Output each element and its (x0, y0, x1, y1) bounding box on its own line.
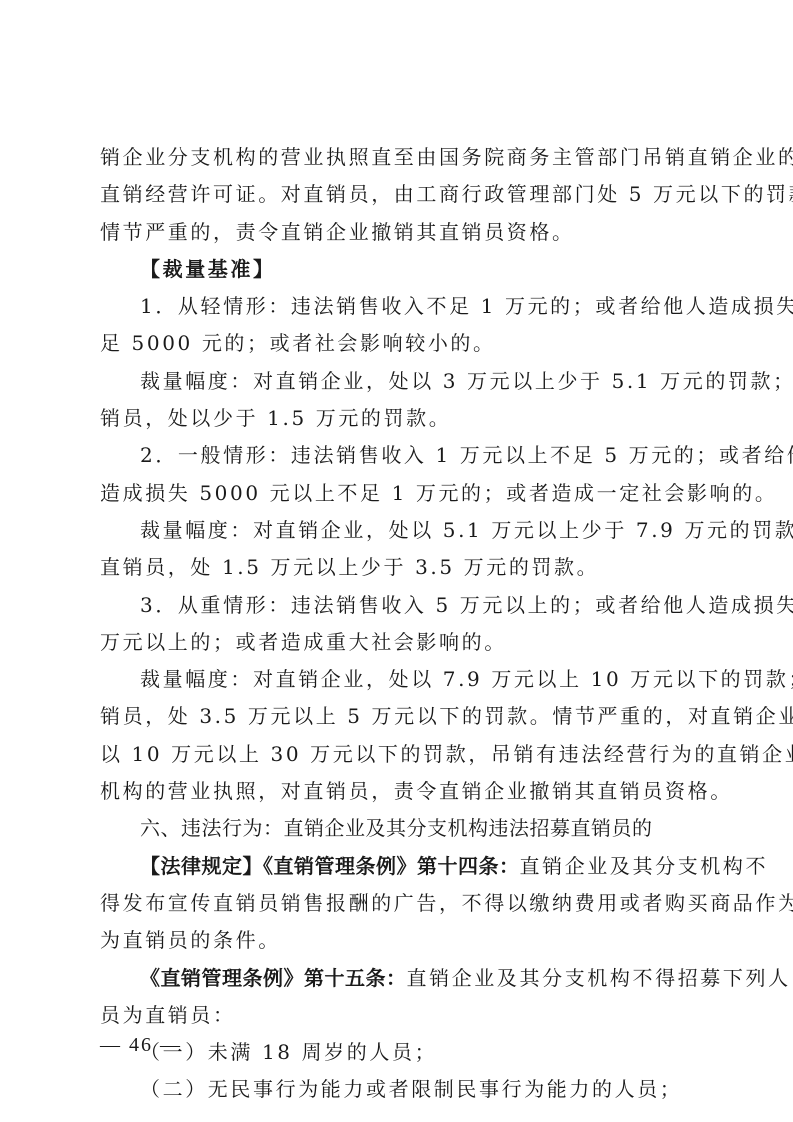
legal-provision-text: 为直销员的条件。 (100, 922, 696, 959)
severe-range: 以 10 万元以上 30 万元以下的罚款，吊销有违法经营行为的直销企业分支 (100, 736, 696, 773)
general-range: 裁量幅度：对直销企业，处以 5.1 万元以上少于 7.9 万元的罚款；对 (100, 512, 696, 549)
severe-range: 裁量幅度：对直销企业，处以 7.9 万元以上 10 万元以下的罚款；对直 (100, 661, 696, 698)
mild-situation: 1．从轻情形：违法销售收入不足 1 万元的；或者给他人造成损失不 (100, 288, 696, 325)
mild-range: 销员，处以少于 1.5 万元的罚款。 (100, 400, 696, 437)
text-line: 情节严重的，责令直销企业撤销其直销员资格。 (100, 214, 696, 251)
text-line: 直销经营许可证。对直销员，由工商行政管理部门处 5 万元以下的罚款； (100, 176, 696, 213)
general-situation: 2．一般情形：违法销售收入 1 万元以上不足 5 万元的；或者给他人 (100, 437, 696, 474)
list-item: （二）无民事行为能力或者限制民事行为能力的人员； (100, 1071, 696, 1108)
legal-provision-text: 得发布宣传直销员销售报酬的广告，不得以缴纳费用或者购买商品作为成 (100, 885, 696, 922)
severe-situation: 3．从重情形：违法销售收入 5 万元以上的；或者给他人造成损失 1 (100, 587, 696, 624)
text-line: 销企业分支机构的营业执照直至由国务院商务主管部门吊销直销企业的 (100, 139, 696, 176)
legal-provision-text: 直销企业及其分支机构不 (520, 854, 769, 878)
list-item: （一）未满 18 周岁的人员； (100, 1034, 696, 1071)
severe-situation: 万元以上的；或者造成重大社会影响的。 (100, 624, 696, 661)
violation-heading: 六、违法行为：直销企业及其分支机构违法招募直销员的 (100, 810, 696, 847)
mild-situation: 足 5000 元的；或者社会影响较小的。 (100, 325, 696, 362)
article-15-text: 直销企业及其分支机构不得招募下列人 (407, 966, 791, 990)
article-15: 《直销管理条例》第十五条：直销企业及其分支机构不得招募下列人 (100, 960, 696, 997)
mild-range: 裁量幅度：对直销企业，处以 3 万元以上少于 5.1 万元的罚款；对直 (100, 363, 696, 400)
legal-provision-label: 【法律规定】《直销管理条例》第十四条： (140, 854, 520, 878)
article-15-text: 员为直销员： (100, 997, 696, 1034)
document-body: 销企业分支机构的营业执照直至由国务院商务主管部门吊销直销企业的 直销经营许可证。… (100, 139, 696, 1109)
severe-range: 机构的营业执照，对直销员，责令直销企业撤销其直销员资格。 (100, 773, 696, 810)
severe-range: 销员，处 3.5 万元以上 5 万元以下的罚款。情节严重的，对直销企业，处 (100, 698, 696, 735)
section-heading: 【裁量基准】 (100, 251, 696, 288)
general-range: 直销员，处 1.5 万元以上少于 3.5 万元的罚款。 (100, 549, 696, 586)
legal-provision: 【法律规定】《直销管理条例》第十四条：直销企业及其分支机构不 (100, 848, 696, 885)
page-number: — 46 — (100, 1034, 182, 1057)
general-situation: 造成损失 5000 元以上不足 1 万元的；或者造成一定社会影响的。 (100, 475, 696, 512)
article-15-label: 《直销管理条例》第十五条： (140, 966, 407, 990)
